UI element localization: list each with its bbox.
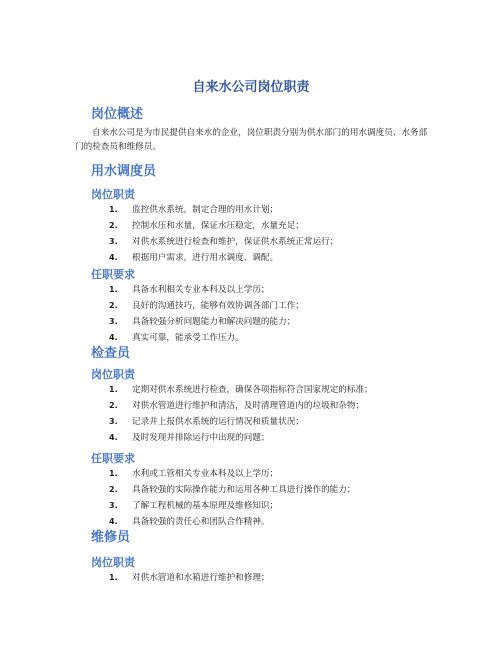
section-heading-repairer: 维修员 bbox=[91, 530, 130, 546]
list-text: 定期对供水系统进行检查，确保各项指标符合国家规定的标准； bbox=[132, 382, 373, 398]
list-number: 4. bbox=[109, 430, 118, 446]
inspector-requirements-heading: 任职要求 bbox=[91, 452, 135, 466]
list-text: 良好的沟通技巧，能够有效协调各部门工作； bbox=[132, 298, 304, 314]
overview-paragraph: 自来水公司是为市民提供自来水的企业，岗位职责分别为供水部门的用水调度员、水务部门… bbox=[75, 126, 430, 154]
document-title: 自来水公司岗位职责 bbox=[0, 80, 502, 96]
list-number: 2. bbox=[109, 298, 118, 314]
list-number: 2. bbox=[109, 218, 118, 234]
list-number: 2. bbox=[109, 482, 118, 498]
list-text: 具备较强的责任心和团队合作精神。 bbox=[132, 514, 270, 530]
list-text: 记录并上报供水系统的运行情况和质量状况； bbox=[132, 414, 304, 430]
list-text: 控制水压和水量，保证水压稳定，水量充足； bbox=[132, 218, 304, 234]
list-text: 真实可靠，能承受工作压力。 bbox=[132, 330, 244, 346]
overview-heading: 岗位概述 bbox=[91, 107, 143, 123]
repairer-duties-heading: 岗位职责 bbox=[91, 556, 135, 570]
document-page: 自来水公司岗位职责 岗位概述 自来水公司是为市民提供自来水的企业，岗位职责分别为… bbox=[0, 0, 502, 649]
list-text: 监控供水系统，制定合理的用水计划； bbox=[132, 202, 278, 218]
section-heading-dispatcher: 用水调度员 bbox=[91, 164, 156, 180]
dispatcher-duties-heading: 岗位职责 bbox=[91, 188, 135, 202]
list-number: 3. bbox=[109, 498, 118, 514]
list-number: 4. bbox=[109, 250, 118, 266]
list-number: 4. bbox=[109, 330, 118, 346]
list-number: 1. bbox=[109, 202, 118, 218]
list-number: 2. bbox=[109, 398, 118, 414]
list-number: 3. bbox=[109, 414, 118, 430]
list-number: 4. bbox=[109, 514, 118, 530]
inspector-duties-heading: 岗位职责 bbox=[91, 368, 135, 382]
list-text: 具备较强的实际操作能力和运用各种工具进行操作的能力； bbox=[132, 482, 355, 498]
list-number: 3. bbox=[109, 234, 118, 250]
list-text: 及时发现并排除运行中出现的问题； bbox=[132, 430, 270, 446]
section-heading-inspector: 检查员 bbox=[91, 346, 130, 362]
list-text: 水利或工管相关专业本科及以上学历； bbox=[132, 466, 278, 482]
list-text: 根据用户需求，进行用水调度、调配。 bbox=[132, 250, 278, 266]
list-text: 了解工程机械的基本原理及维修知识； bbox=[132, 498, 278, 514]
dispatcher-requirements-heading: 任职要求 bbox=[91, 268, 135, 282]
list-number: 3. bbox=[109, 314, 118, 330]
list-number: 1. bbox=[109, 382, 118, 398]
list-text: 对供水系统进行检查和维护，保证供水系统正常运行； bbox=[132, 234, 338, 250]
list-text: 对供水管道和水箱进行维护和修理； bbox=[132, 570, 270, 586]
list-number: 1. bbox=[109, 282, 118, 298]
list-text: 对供水管道进行维护和清洁，及时清理管道内的垃圾和杂物； bbox=[132, 398, 364, 414]
list-number: 1. bbox=[109, 570, 118, 586]
list-number: 1. bbox=[109, 466, 118, 482]
list-text: 具备水利相关专业本科及以上学历； bbox=[132, 282, 270, 298]
list-text: 具备较强分析问题能力和解决问题的能力； bbox=[132, 314, 295, 330]
